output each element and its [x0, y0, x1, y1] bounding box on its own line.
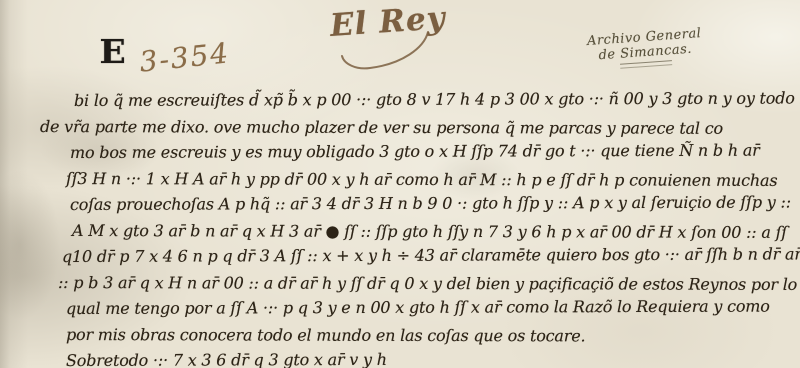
stamp-letter-e: E: [99, 32, 125, 71]
text-line: bi lo q̃ me escreuiſtes d̃ xp̃ b̃ x p 00…: [74, 85, 800, 114]
archive-reference: E3-354: [100, 32, 230, 71]
text-line: mo bos me escreuis y es muy obligado 3 g…: [70, 137, 800, 166]
archive-stamp-underline: [620, 60, 672, 69]
document-title-el-rey: El Rey: [329, 0, 447, 44]
text-line: qual me tengo por a ſſ A ·:· p q 3 y e n…: [66, 293, 800, 322]
shelf-mark: 3-354: [138, 36, 232, 78]
archive-stamp: Archivo General de Simancas.: [569, 25, 721, 72]
text-line: q10 dr̄ p 7 x 4 6 n p q dr̄ 3 A ſſ :: x …: [62, 241, 800, 270]
letter-body: bi lo q̃ me escreuiſtes d̃ xp̃ b̃ x p 00…: [0, 88, 800, 368]
text-line: coſas prouechoſas A p hq̃ :: ar̄ 3 4 dr̄…: [70, 189, 800, 218]
text-line: Sobretodo ·:· 7 x 3 6 dr̄ q 3 gto x ar̄ …: [66, 345, 800, 368]
manuscript-page: E3-354 El Rey Archivo General de Simanca…: [0, 0, 800, 368]
